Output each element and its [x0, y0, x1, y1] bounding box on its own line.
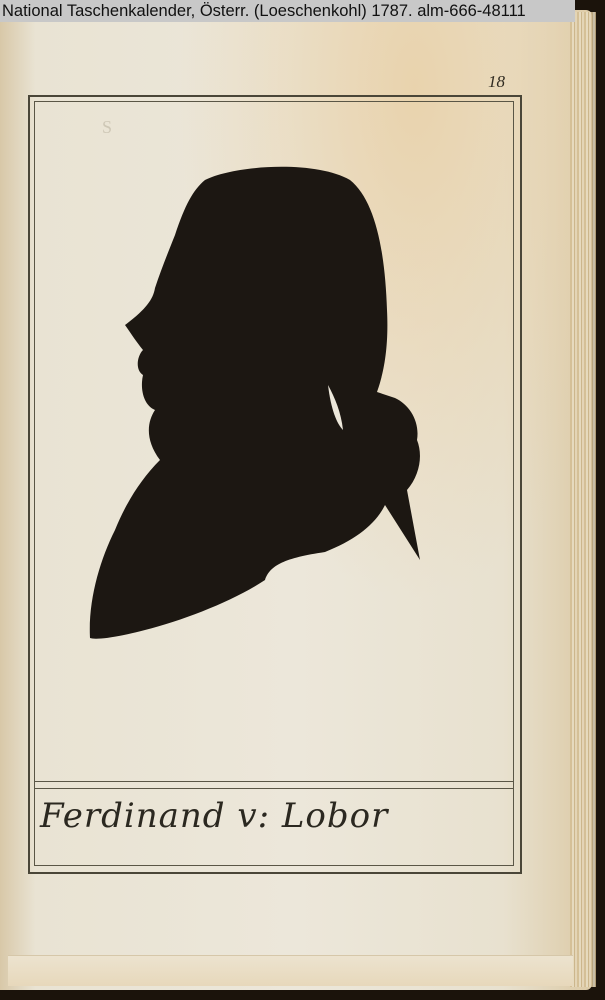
page-bottom-margin: [8, 955, 573, 986]
image-title-label: National Taschenkalender, Österr. (Loesc…: [0, 0, 575, 22]
portrait-caption: Ferdinand v: Lobor: [40, 796, 500, 836]
page-edges: [570, 12, 596, 987]
silhouette-portrait: [85, 160, 435, 650]
caption-rule-bottom: [34, 788, 514, 789]
page-number: 18: [488, 72, 505, 92]
caption-rule-top: [34, 781, 514, 782]
faint-show-through-mark: S: [102, 117, 112, 138]
